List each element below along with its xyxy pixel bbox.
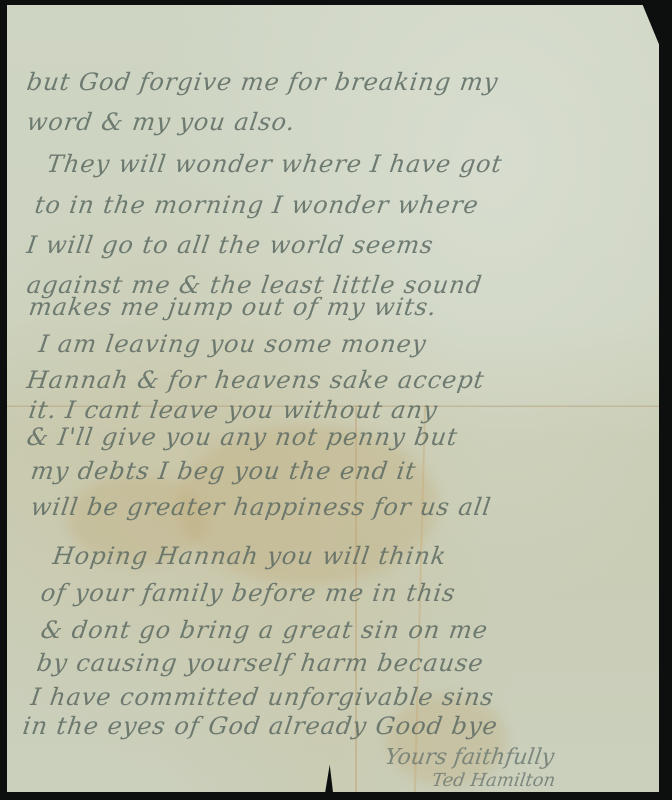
letter-signature: Ted Hamilton (431, 770, 557, 791)
letter-line: Hoping Hannah you will think (51, 542, 448, 570)
letter-line: I will go to all the world seems (25, 231, 436, 259)
letter-line: by causing yourself harm because (35, 649, 486, 677)
letter-line: makes me jump out of my wits. (27, 293, 439, 321)
letter-page: but God forgive me for breaking my word … (7, 5, 659, 792)
letter-line: will be greater happiness for us all (29, 493, 493, 521)
letter-line: but God forgive me for breaking my (25, 68, 500, 96)
letter-line: They will wonder where I have got (45, 150, 504, 178)
letter-line: it. I cant leave you without any (27, 396, 440, 424)
letter-line: word & my you also. (25, 108, 297, 136)
letter-line: my debts I beg you the end it (29, 457, 418, 485)
letter-line: I have committed unforgivable sins (29, 683, 496, 711)
letter-body: but God forgive me for breaking my word … (7, 5, 659, 792)
letter-line: of your family before me in this (39, 579, 458, 607)
letter-line: in the eyes of God already Good bye (21, 712, 500, 740)
letter-line: to in the morning I wonder where (33, 191, 481, 219)
letter-line: & I'll give you any not penny but (25, 423, 460, 451)
letter-line: Hannah & for heavens sake accept (25, 366, 486, 394)
letter-closing: Yours faithfully (383, 745, 555, 770)
letter-line: I am leaving you some money (37, 330, 428, 358)
letter-line: & dont go bring a great sin on me (39, 616, 490, 644)
